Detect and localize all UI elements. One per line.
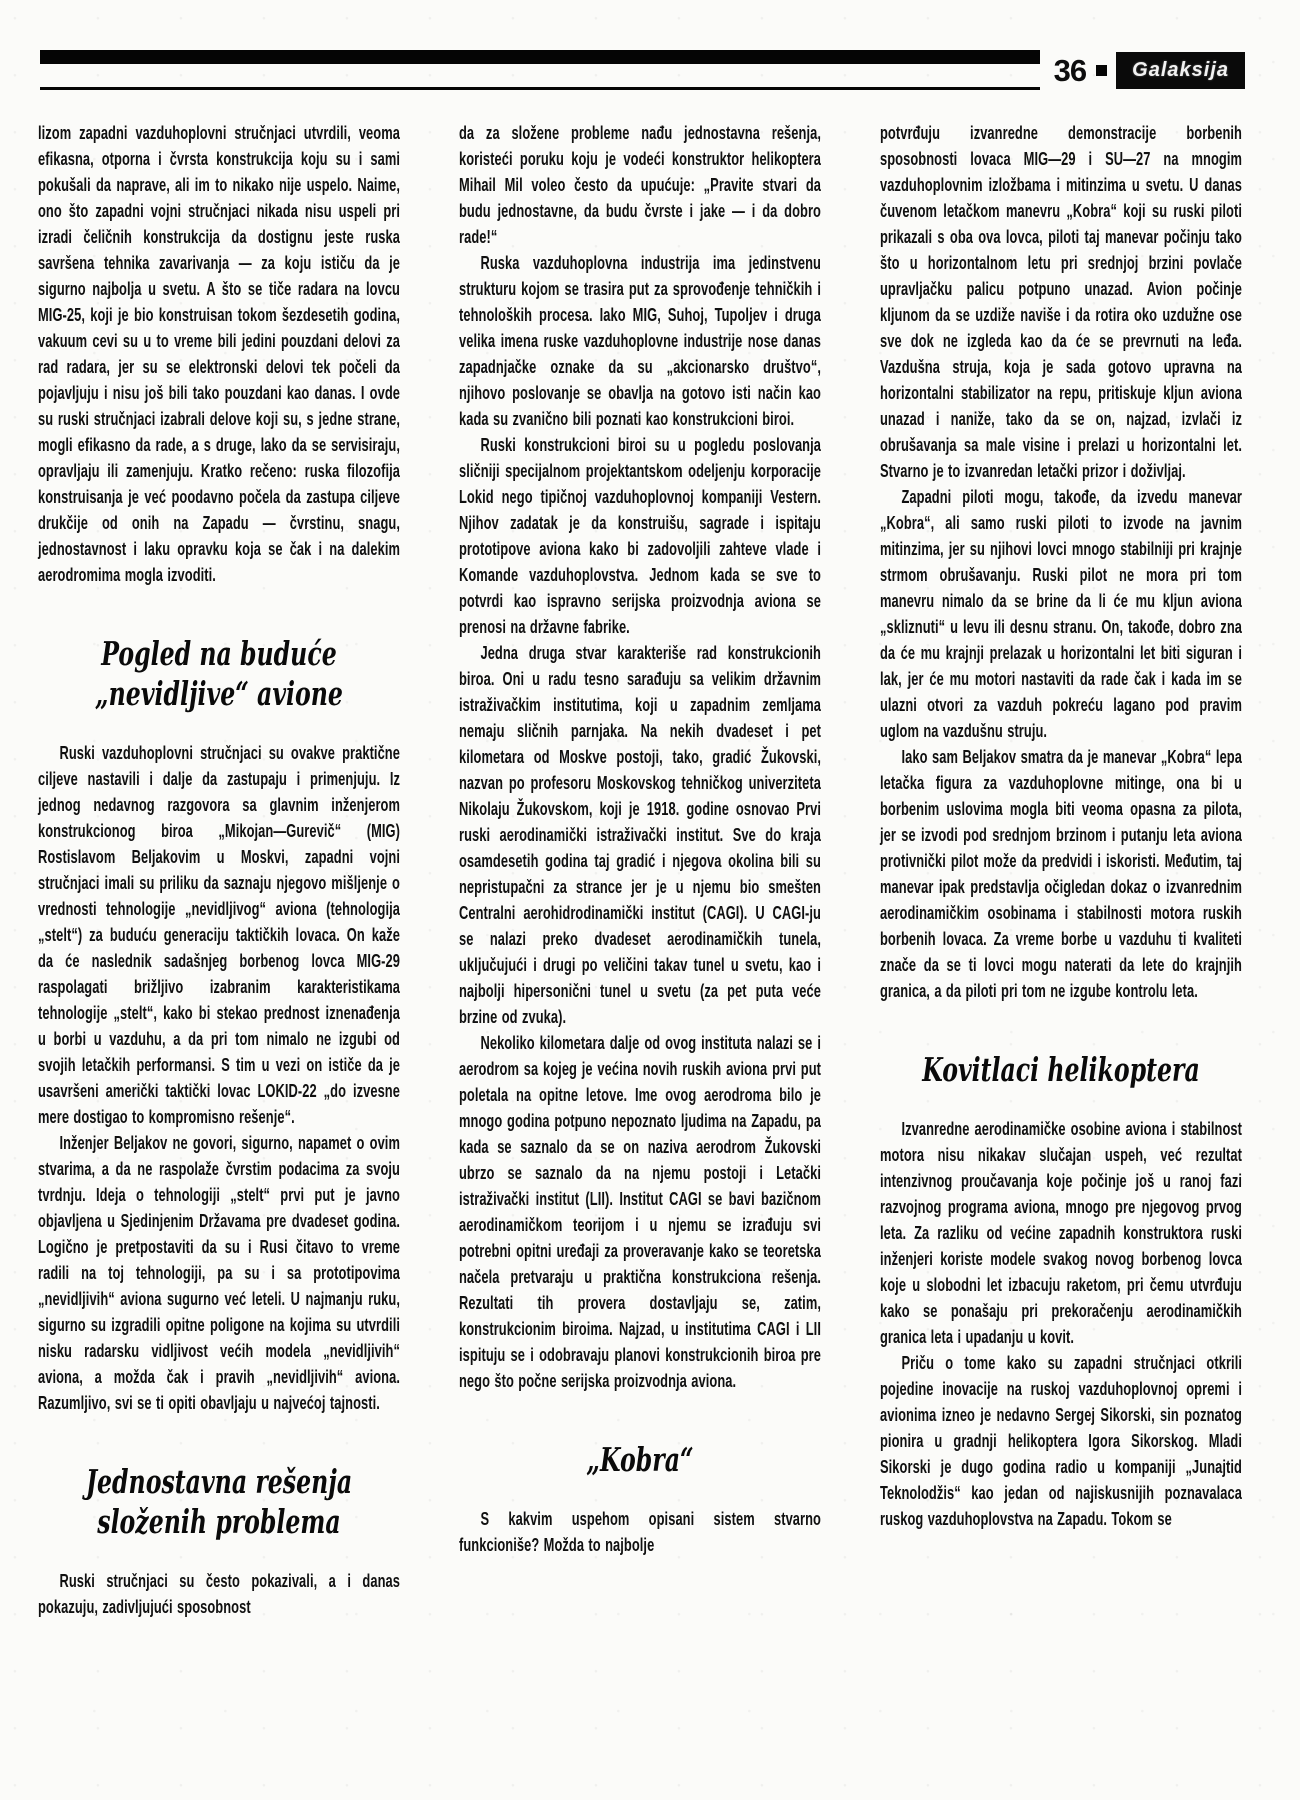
body-paragraph: Iako sam Beljakov smatra da je manevar „… [880,744,1242,1004]
section-heading: Kovitlaci helikoptera [880,1050,1242,1090]
body-paragraph: Ruski stručnjaci su često pokazivali, a … [38,1568,400,1620]
body-paragraph: S kakvim uspehom opisani sistem stvarno … [459,1506,821,1558]
body-paragraph: Nekoliko kilometara dalje od ovog instit… [459,1030,821,1394]
page-header: 36 Galaksija [0,0,1300,90]
magazine-page: 36 Galaksija lizom zapadni vazduhoplovni… [0,0,1300,1800]
page-number: 36 [1054,55,1086,86]
text-column: potvrđuju izvanredne demonstracije borbe… [880,120,1242,1620]
magazine-brand: Galaksija [1116,52,1245,89]
square-bullet-icon [1096,65,1107,76]
section-heading: „Kobra“ [459,1440,821,1480]
body-paragraph: lizom zapadni vazduhoplovni stručnjaci u… [38,120,400,588]
body-paragraph: Inženjer Beljakov ne govori, sigurno, na… [38,1130,400,1416]
body-paragraph: Izvanredne aerodinamičke osobine aviona … [880,1116,1242,1350]
body-paragraph: Jedna druga stvar karakteriše rad konstr… [459,640,821,1030]
body-paragraph: Ruski vazduhoplovni stručnjaci su ovakve… [38,740,400,1130]
body-paragraph: Ruska vazduhoplovna industrija ima jedin… [459,250,821,432]
header-rule [40,50,1040,90]
text-column: da za složene probleme nađu jednostavna … [459,120,821,1620]
body-paragraph: Ruski konstrukcioni biroi su u pogledu p… [459,432,821,640]
article-body: lizom zapadni vazduhoplovni stručnjaci u… [0,90,1300,1620]
text-column: lizom zapadni vazduhoplovni stručnjaci u… [38,120,400,1620]
body-paragraph: da za složene probleme nađu jednostavna … [459,120,821,250]
section-heading: Pogled na buduće „nevidljive“ avione [38,634,400,714]
body-paragraph: potvrđuju izvanredne demonstracije borbe… [880,120,1242,484]
body-paragraph: Zapadni piloti mogu, takođe, da izvedu m… [880,484,1242,744]
body-paragraph: Priču o tome kako su zapadni stručnjaci … [880,1350,1242,1532]
section-heading: Jednostavna rešenja složenih problema [38,1462,400,1542]
